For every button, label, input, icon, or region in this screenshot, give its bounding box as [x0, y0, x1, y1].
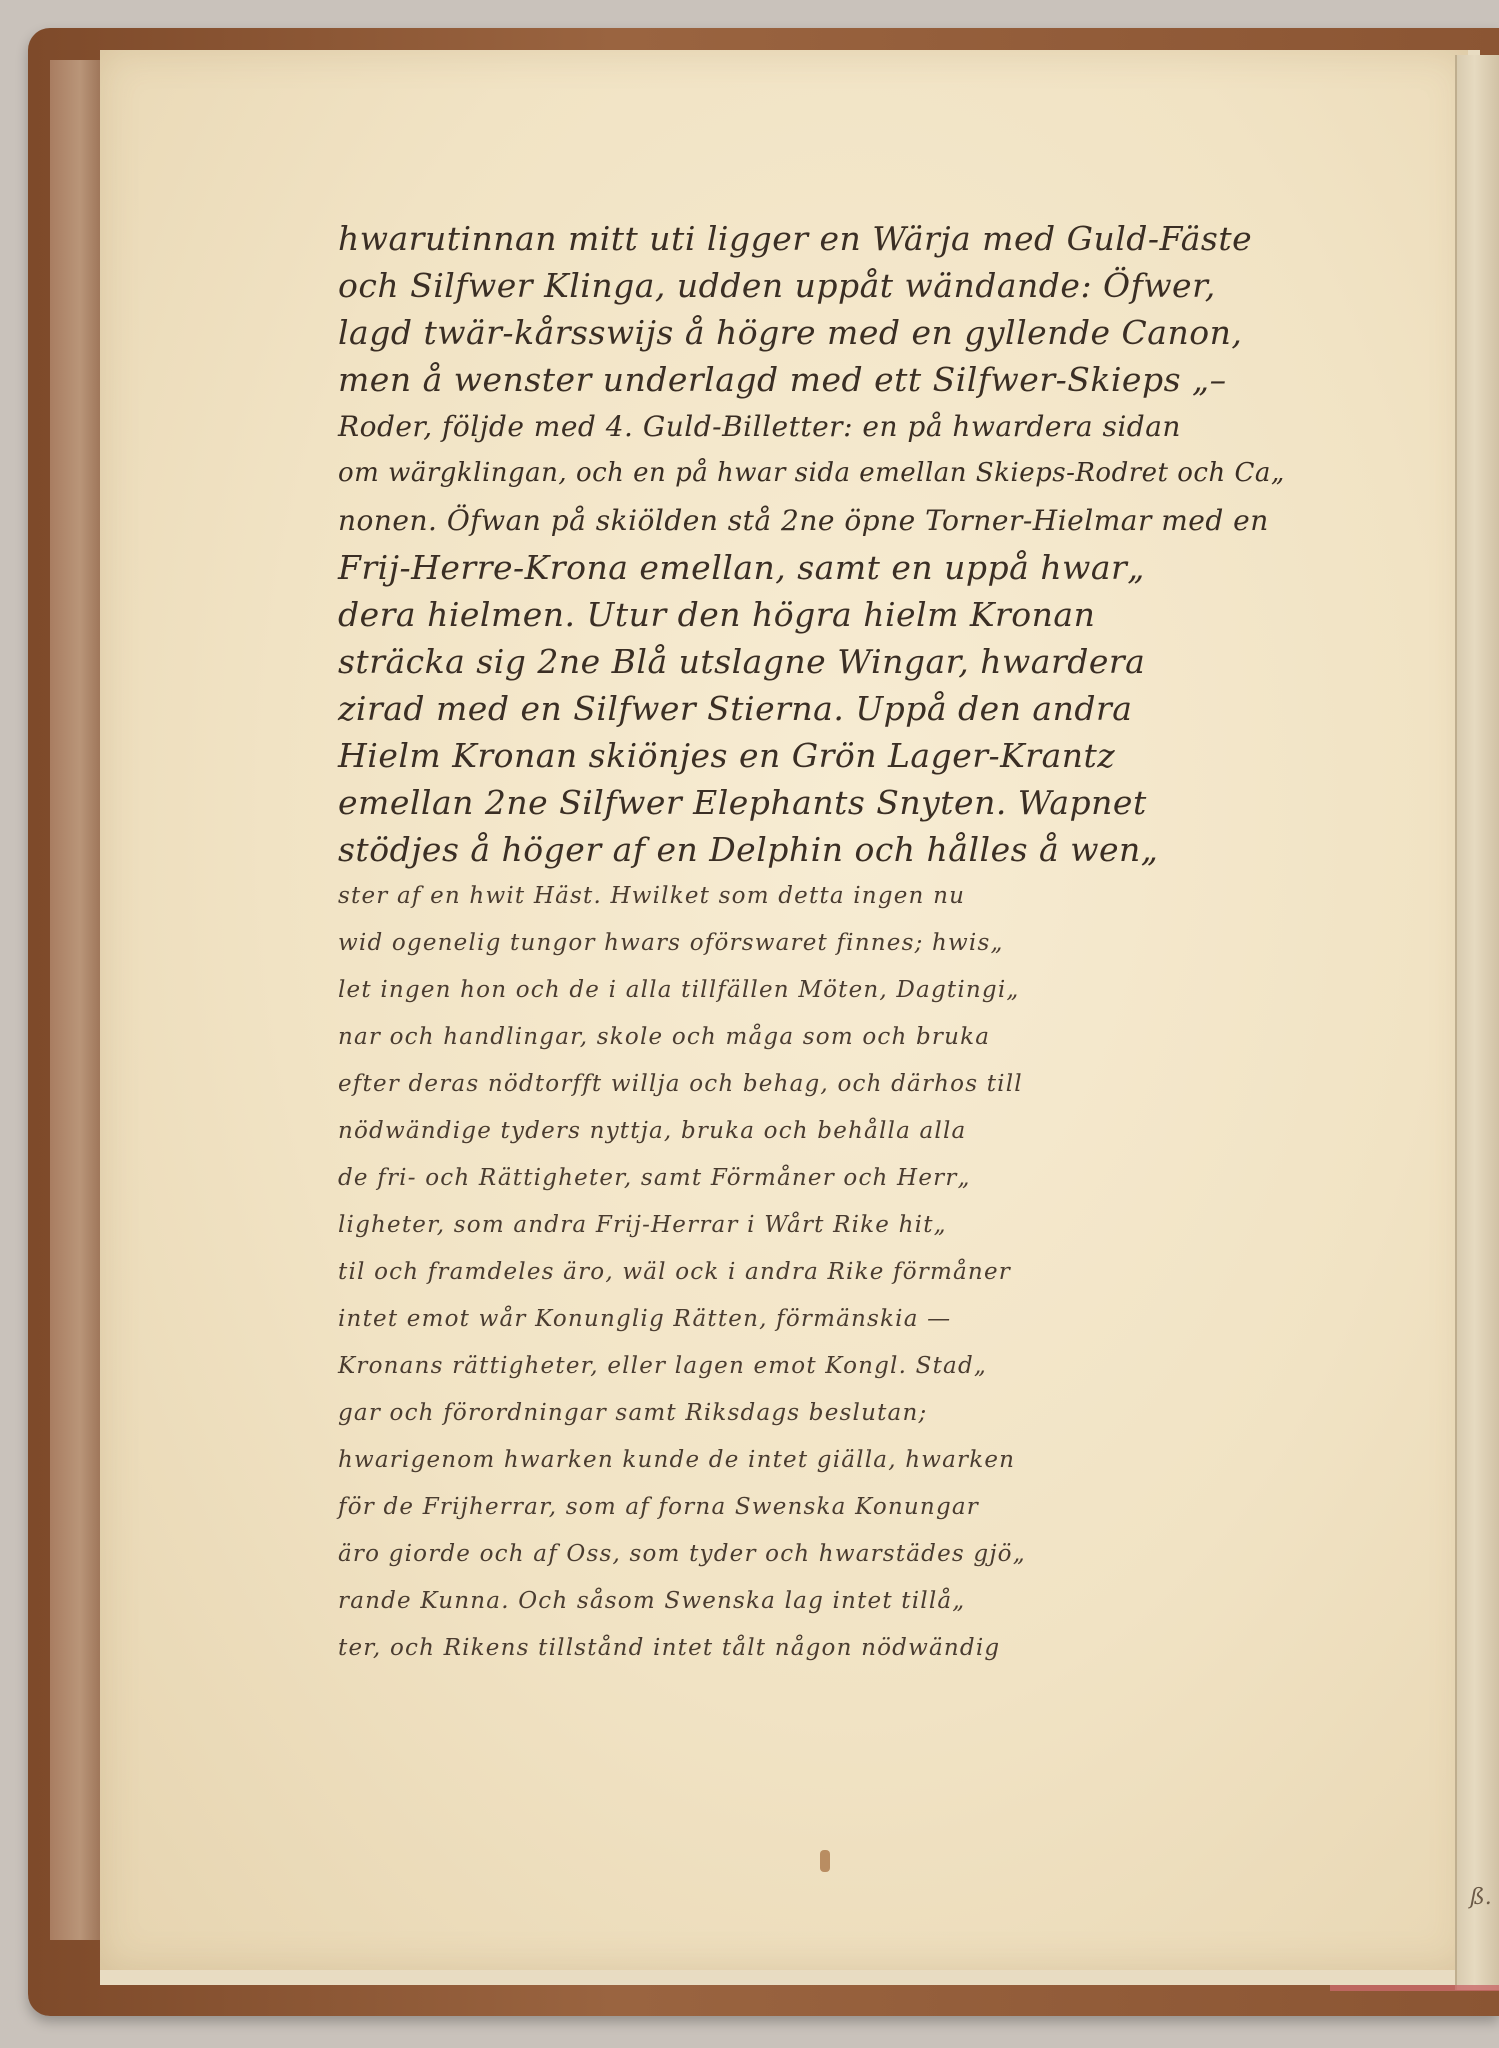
text-line: wid ogenelig tungor hwars oförswaret fin… [338, 920, 1338, 967]
text-line: ter, och Rikens tillstånd intet tålt någ… [338, 1625, 1338, 1672]
text-line: Kronans rättigheter, eller lagen emot Ko… [338, 1343, 1338, 1390]
text-line: de fri- och Rättigheter, samt Förmåner o… [338, 1155, 1338, 1202]
text-line: Roder, följde med 4. Guld-Billetter: en … [338, 403, 1338, 450]
text-line: gar och förordningar samt Riksdags beslu… [338, 1390, 1338, 1437]
red-edge-strip [1330, 1985, 1499, 1991]
text-line: let ingen hon och de i alla tillfällen M… [338, 967, 1338, 1014]
ink-stain [820, 1850, 830, 1872]
text-line: nar och handlingar, skole och måga som o… [338, 1014, 1338, 1061]
text-line: nödwändige tyders nyttja, bruka och behå… [338, 1108, 1338, 1155]
text-line: emellan 2ne Silfwer Elephants Snyten. Wa… [338, 779, 1338, 826]
text-line: sträcka sig 2ne Blå utslagne Wingar, hwa… [338, 638, 1338, 685]
text-line: zirad med en Silfwer Stierna. Uppå den a… [338, 685, 1338, 732]
text-line: lagd twär-kårsswijs å högre med en gylle… [338, 309, 1338, 356]
text-line: ster af en hwit Häst. Hwilket som detta … [338, 873, 1338, 920]
text-line: til och framdeles äro, wäl ock i andra R… [338, 1249, 1338, 1296]
cover-inner-edge [50, 60, 100, 1940]
text-line: nonen. Öfwan på skiölden stå 2ne öpne To… [338, 497, 1338, 544]
text-line: hwarutinnan mitt uti ligger en Wärja med… [338, 215, 1338, 262]
facing-page-gutter [1455, 55, 1499, 1990]
text-line: och Silfwer Klinga, udden uppåt wändande… [338, 262, 1338, 309]
text-line: ligheter, som andra Frij-Herrar i Wårt R… [338, 1202, 1338, 1249]
text-line: stödjes å höger af en Delphin och hålles… [338, 826, 1338, 873]
text-line: intet emot wår Konunglig Rätten, förmäns… [338, 1296, 1338, 1343]
text-line: äro giorde och af Oss, som tyder och hwa… [338, 1531, 1338, 1578]
text-line: rande Kunna. Och såsom Swenska lag intet… [338, 1578, 1338, 1625]
text-line: om wärgklingan, och en på hwar sida emel… [338, 450, 1338, 497]
manuscript-text: hwarutinnan mitt uti ligger en Wärja med… [338, 215, 1338, 1672]
text-line: men å wenster underlagd med ett Silfwer-… [338, 356, 1338, 403]
text-line: efter deras nödtorfft willja och behag, … [338, 1061, 1338, 1108]
text-line: för de Frijherrar, som af forna Swenska … [338, 1484, 1338, 1531]
text-line: Frij-Herre-Krona emellan, samt en uppå h… [338, 544, 1338, 591]
gutter-catchword: ß. [1470, 1885, 1492, 1910]
text-line: Hielm Kronan skiönjes en Grön Lager-Kran… [338, 732, 1338, 779]
text-line: dera hielmen. Utur den högra hielm Krona… [338, 591, 1338, 638]
text-line: hwarigenom hwarken kunde de intet giälla… [338, 1437, 1338, 1484]
